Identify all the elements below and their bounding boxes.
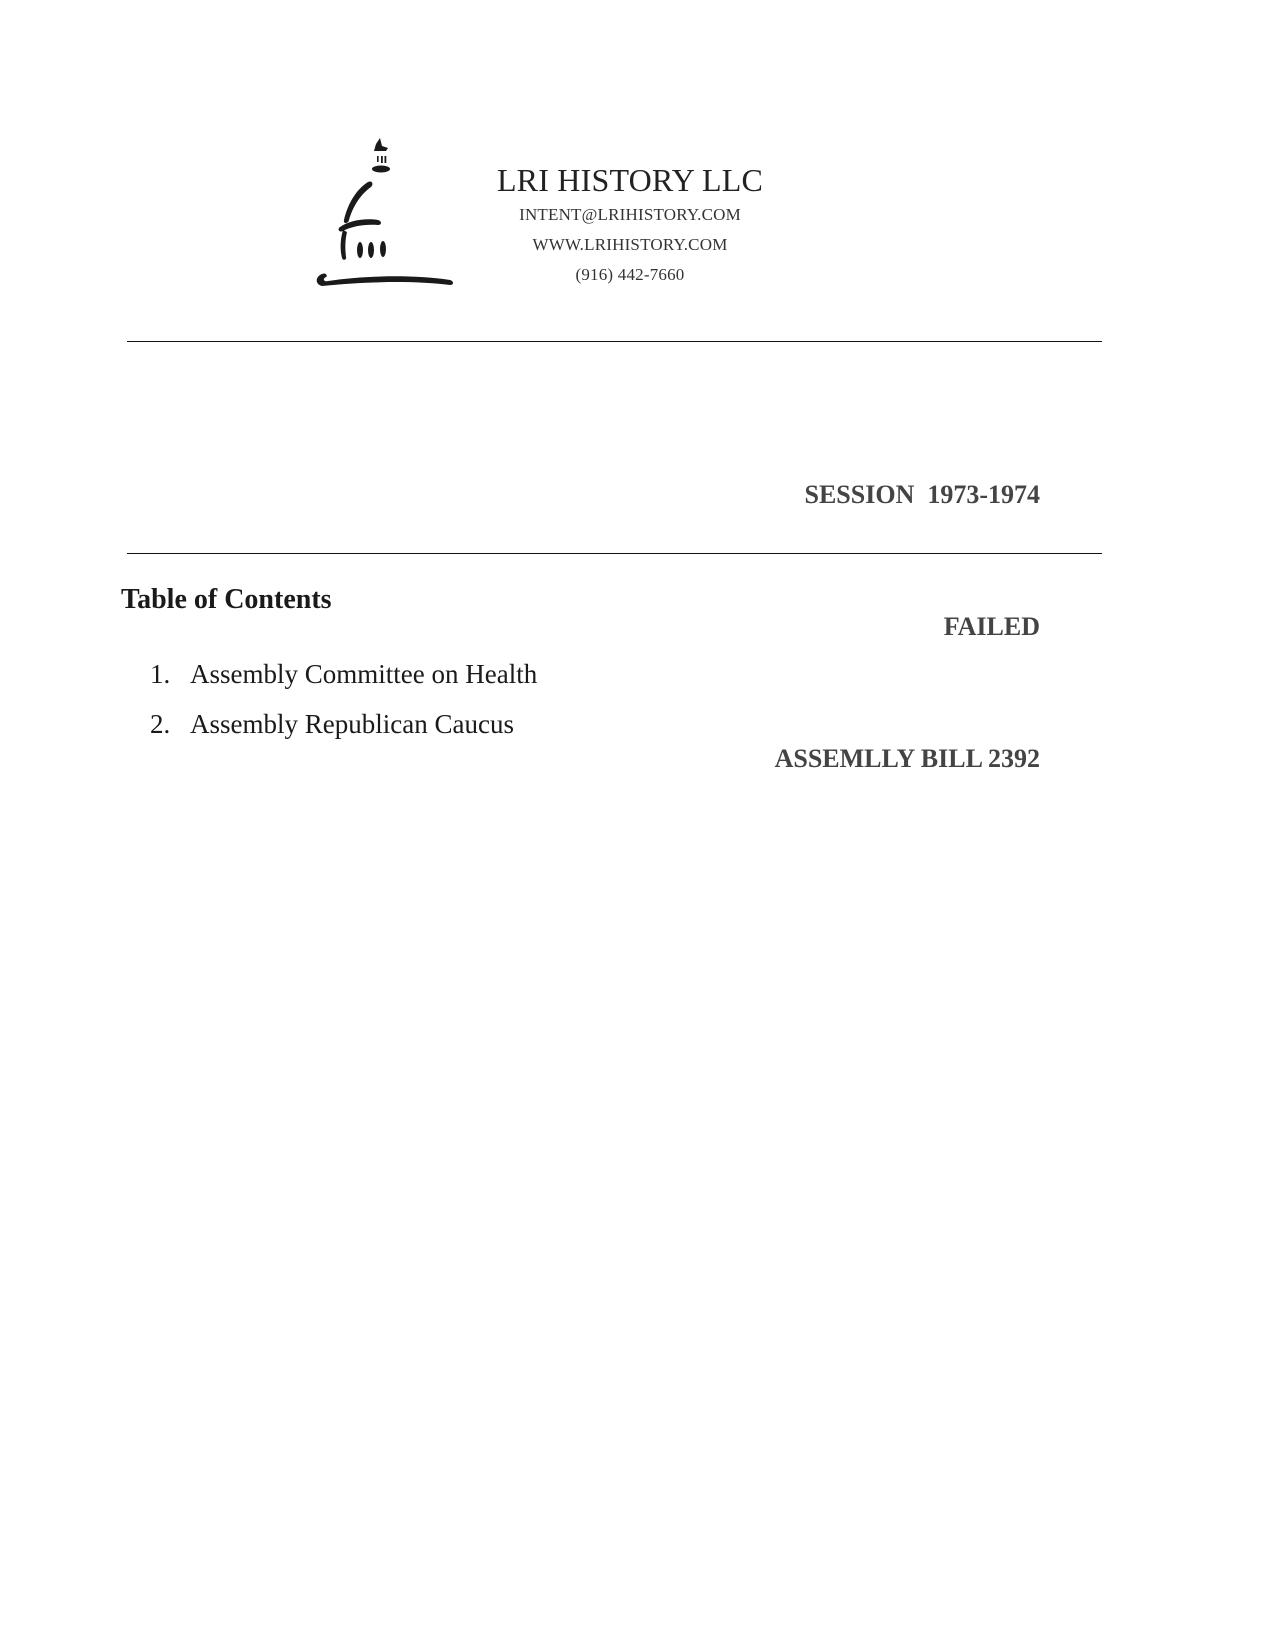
toc-item[interactable]: 1. Assembly Committee on Health (150, 649, 537, 699)
toc-item-number: 2. (150, 699, 190, 749)
toc-heading: Table of Contents (121, 582, 332, 618)
toc-list: 1. Assembly Committee on Health 2. Assem… (150, 649, 537, 749)
toc-item-number: 1. (150, 649, 190, 699)
company-phone: (916) 442-7660 (430, 260, 830, 290)
toc-item-label[interactable]: Assembly Republican Caucus (190, 699, 514, 749)
session-info: SESSION 1973-1974 FAILED ASSEMLLY BILL 2… (775, 385, 1040, 825)
company-website: WWW.LRIHISTORY.COM (430, 230, 830, 260)
bottom-divider (127, 553, 1102, 554)
company-email: INTENT@LRIHISTORY.COM (430, 200, 830, 230)
toc-item[interactable]: 2. Assembly Republican Caucus (150, 699, 537, 749)
top-divider (127, 341, 1102, 342)
bill-number: ASSEMLLY BILL 2392 (775, 737, 1040, 781)
toc-item-label[interactable]: Assembly Committee on Health (190, 649, 537, 699)
session-years: SESSION 1973-1974 (775, 473, 1040, 517)
bill-status: FAILED (775, 605, 1040, 649)
company-name: LRI HISTORY LLC (430, 160, 830, 200)
company-header: LRI HISTORY LLC INTENT@LRIHISTORY.COM WW… (430, 160, 830, 290)
